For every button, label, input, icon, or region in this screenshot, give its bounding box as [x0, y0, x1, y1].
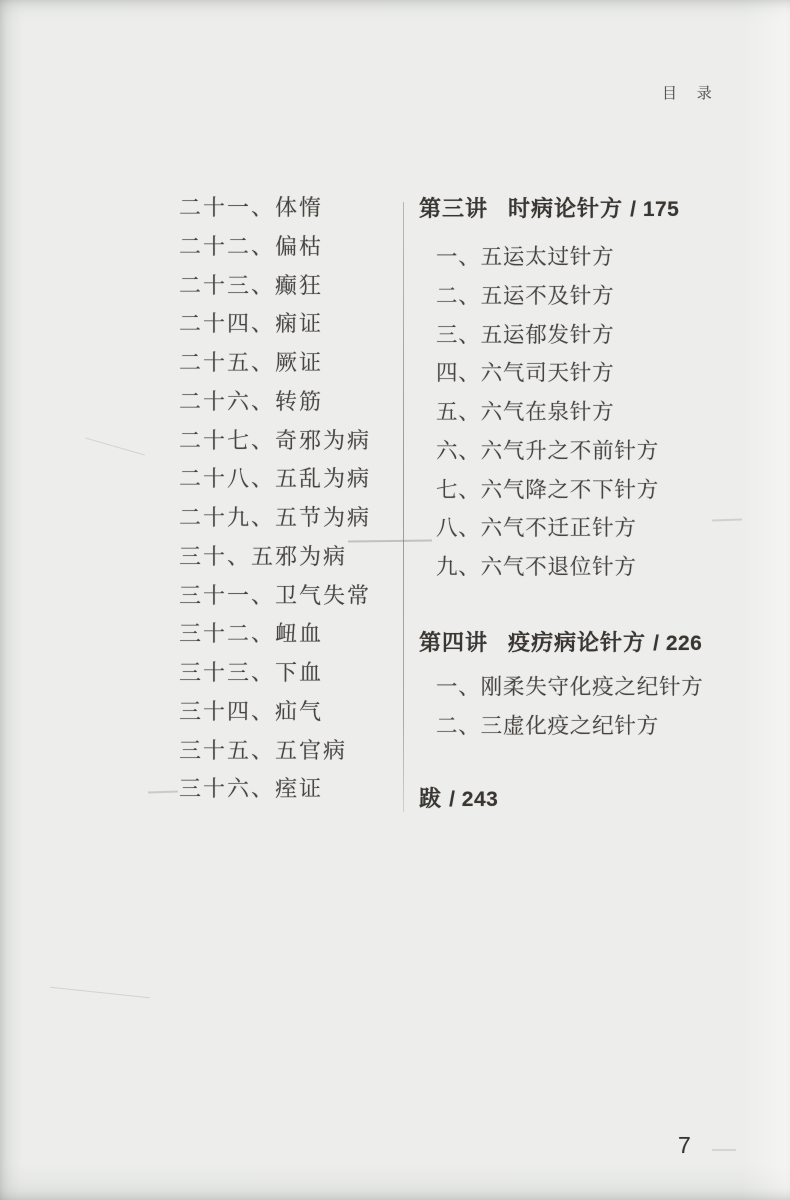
toc-entry: 二、五运不及针方 — [436, 277, 659, 316]
section4-page-number: / 226 — [653, 632, 702, 655]
toc-entry: 二十九、五节为病 — [179, 499, 371, 538]
running-head-title: 目 录 — [662, 82, 720, 103]
toc-entry: 三十三、下血 — [179, 654, 371, 693]
scan-fold-line — [403, 202, 404, 812]
toc-entry: 四、六气司天针方 — [436, 354, 659, 393]
scanned-toc-page: 目 录 二十一、体惰 二十二、偏枯 二十三、癫狂 二十四、痫证 二十五、厥证 二… — [0, 0, 790, 1200]
toc-postscript-entry: 跋 / 243 — [419, 785, 498, 814]
toc-entry: 三十二、衄血 — [179, 615, 371, 654]
toc-entry: 三十一、卫气失常 — [179, 577, 371, 616]
toc-entry: 七、六气降之不下针方 — [436, 471, 659, 510]
toc-entry: 九、六气不退位针方 — [436, 548, 659, 587]
postscript-page-number: / 243 — [449, 788, 498, 811]
toc-entry: 一、五运太过针方 — [436, 238, 659, 277]
toc-section4-header: 第四讲疫疠病论针方 / 226 — [419, 629, 702, 658]
postscript-label: 跋 — [419, 786, 442, 811]
toc-entry: 三、五运郁发针方 — [436, 316, 659, 355]
scan-scratch-mark — [85, 437, 145, 455]
toc-entry: 二十二、偏枯 — [179, 228, 371, 267]
toc-entry: 二十八、五乱为病 — [179, 460, 371, 499]
toc-entry: 六、六气升之不前针方 — [436, 432, 659, 471]
toc-entry: 五、六气在泉针方 — [436, 393, 659, 432]
section3-page-number: / 175 — [630, 198, 679, 221]
toc-entry: 二十七、奇邪为病 — [179, 422, 371, 461]
toc-entry: 二、三虚化疫之纪针方 — [436, 707, 704, 746]
section3-title: 时病论针方 — [508, 196, 623, 221]
toc-entry: 八、六气不迁正针方 — [436, 509, 659, 548]
toc-entry: 三十、五邪为病 — [179, 538, 371, 577]
toc-entry: 二十四、痫证 — [179, 305, 371, 344]
toc-entry: 三十六、痓证 — [179, 770, 371, 809]
page-number: 7 — [678, 1132, 691, 1159]
section4-title: 疫疠病论针方 — [508, 630, 646, 655]
toc-entry: 二十五、厥证 — [179, 344, 371, 383]
scan-artifact-dash — [148, 790, 178, 793]
toc-entry: 二十一、体惰 — [179, 189, 371, 228]
toc-left-column: 二十一、体惰 二十二、偏枯 二十三、癫狂 二十四、痫证 二十五、厥证 二十六、转… — [179, 189, 371, 809]
scan-artifact-dash — [712, 1149, 736, 1151]
toc-section4-items: 一、刚柔失守化疫之纪针方 二、三虚化疫之纪针方 — [436, 668, 704, 746]
toc-entry: 一、刚柔失守化疫之纪针方 — [436, 668, 704, 707]
scan-artifact-dash — [712, 518, 742, 521]
section4-label: 第四讲 — [419, 630, 488, 655]
toc-section3-header: 第三讲时病论针方 / 175 — [419, 195, 679, 224]
scan-scratch-mark — [50, 987, 150, 998]
toc-entry: 三十四、疝气 — [179, 693, 371, 732]
toc-section3-items: 一、五运太过针方 二、五运不及针方 三、五运郁发针方 四、六气司天针方 五、六气… — [436, 238, 659, 587]
toc-entry: 三十五、五官病 — [179, 732, 371, 771]
toc-entry: 二十三、癫狂 — [179, 267, 371, 306]
section3-label: 第三讲 — [419, 196, 488, 221]
toc-entry: 二十六、转筋 — [179, 383, 371, 422]
